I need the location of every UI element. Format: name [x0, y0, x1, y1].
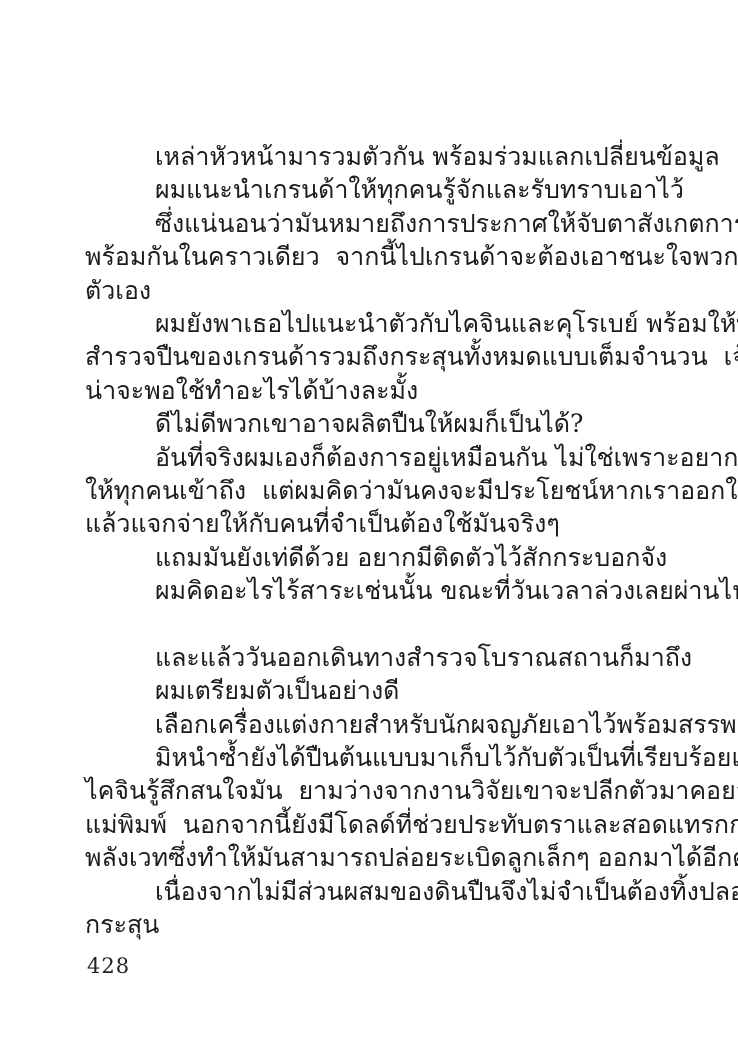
text-line: แม่พิมพ์ นอกจากนี้ยังมีโดลด์ที่ช่วยประทั…	[85, 808, 660, 841]
text-line: น่าจะพอใช้ทำอะไรได้บ้างละมั้ง	[85, 374, 660, 407]
text-line: เลือกเครื่องแต่งกายสำหรับนักผจญภัยเอาไว้…	[85, 708, 660, 741]
text-line: แล้วแจกจ่ายให้กับคนที่จำเป็นต้องใช้มันจร…	[85, 507, 660, 540]
text-line: และแล้ววันออกเดินทางสำรวจโบราณสถานก็มาถึ…	[85, 641, 660, 674]
text-line: ผมคิดอะไรไร้สาระเช่นนั้น ขณะที่วันเวลาล่…	[85, 574, 660, 607]
text-line: เนื่องจากไม่มีส่วนผสมของดินปืนจึงไม่จำเป…	[85, 875, 660, 908]
text-line: ไคจินรู้สึกสนใจมัน ยามว่างจากงานวิจัยเขา…	[85, 774, 660, 807]
page-number: 428	[87, 954, 130, 978]
text-line: แถมมันยังเท่ดีด้วย อยากมีติดตัวไว้สักกระ…	[85, 541, 660, 574]
text-line: มิหนำซ้ำยังได้ปืนต้นแบบมาเก็บไว้กับตัวเป…	[85, 741, 660, 774]
text-line: สำรวจปืนของเกรนด้ารวมถึงกระสุนทั้งหมดแบบ…	[85, 340, 660, 373]
text-line: ผมยังพาเธอไปแนะนำตัวกับไคจินและคุโรเบย์ …	[85, 307, 660, 340]
text-line: ผมแนะนำเกรนด้าให้ทุกคนรู้จักและรับทราบเอ…	[85, 173, 660, 206]
text-line: ดีไม่ดีพวกเขาอาจผลิตปืนให้ผมก็เป็นได้?	[85, 407, 660, 440]
text-line: พลังเวทซึ่งทำให้มันสามารถปล่อยระเบิดลูกเ…	[85, 841, 660, 874]
text-line: ผมเตรียมตัวเป็นอย่างดี	[85, 674, 660, 707]
text-line: ตัวเอง	[85, 274, 660, 307]
text-line: พร้อมกันในคราวเดียว จากนี้ไปเกรนด้าจะต้อ…	[85, 240, 660, 273]
body-text-block: เหล่าหัวหน้ามารวมตัวกัน พร้อมร่วมแลกเปลี…	[85, 140, 660, 941]
text-line: เหล่าหัวหน้ามารวมตัวกัน พร้อมร่วมแลกเปลี…	[85, 140, 660, 173]
blank-line	[85, 607, 660, 640]
text-line: อันที่จริงผมเองก็ต้องการอยู่เหมือนกัน ไม…	[85, 441, 660, 474]
text-line: ซึ่งแน่นอนว่ามันหมายถึงการประกาศให้จับตา…	[85, 207, 660, 240]
text-line: ให้ทุกคนเข้าถึง แต่ผมคิดว่ามันคงจะมีประโ…	[85, 474, 660, 507]
text-line: กระสุน	[85, 908, 660, 941]
book-page: เหล่าหัวหน้ามารวมตัวกัน พร้อมร่วมแลกเปลี…	[0, 0, 738, 1051]
